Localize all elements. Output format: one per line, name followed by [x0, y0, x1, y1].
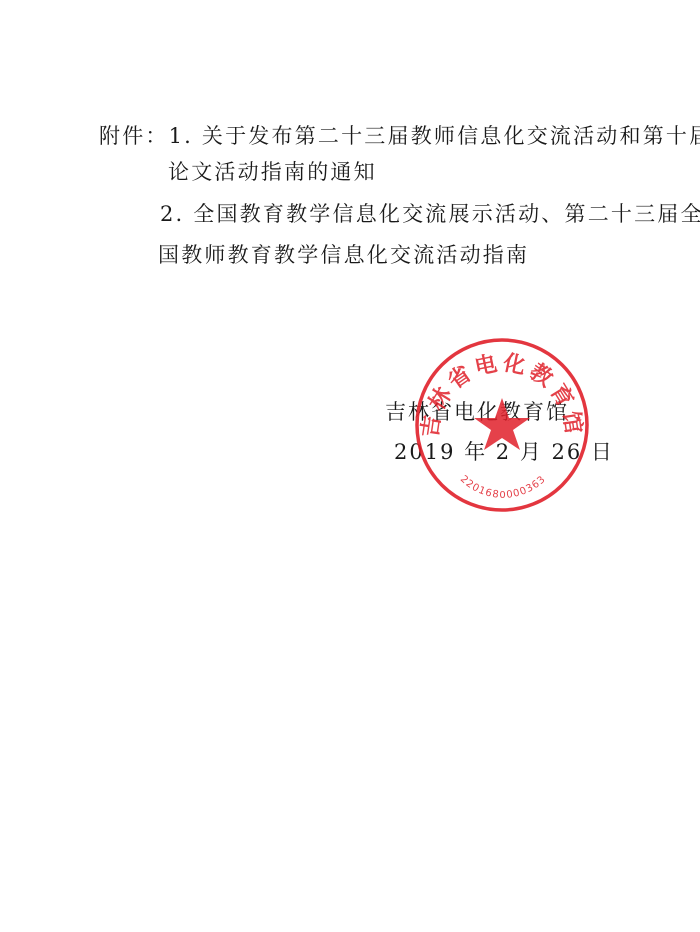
attachment-line-4: 国教师教育教学信息化交流活动指南: [158, 241, 529, 269]
official-seal-icon: 吉林省电化教育馆 2201680000363: [413, 336, 591, 514]
attachment-line-3: 2. 全国教育教学信息化交流展示活动、第二十三届全: [160, 200, 700, 228]
attachment-line-1: 附件：1. 关于发布第二十三届教师信息化交流活动和第十届: [99, 122, 700, 150]
star-icon: [474, 398, 530, 450]
attachment-line-2: 论文活动指南的通知: [168, 158, 377, 186]
seal-number: 2201680000363: [458, 474, 548, 501]
svg-text:2201680000363: 2201680000363: [458, 474, 548, 501]
